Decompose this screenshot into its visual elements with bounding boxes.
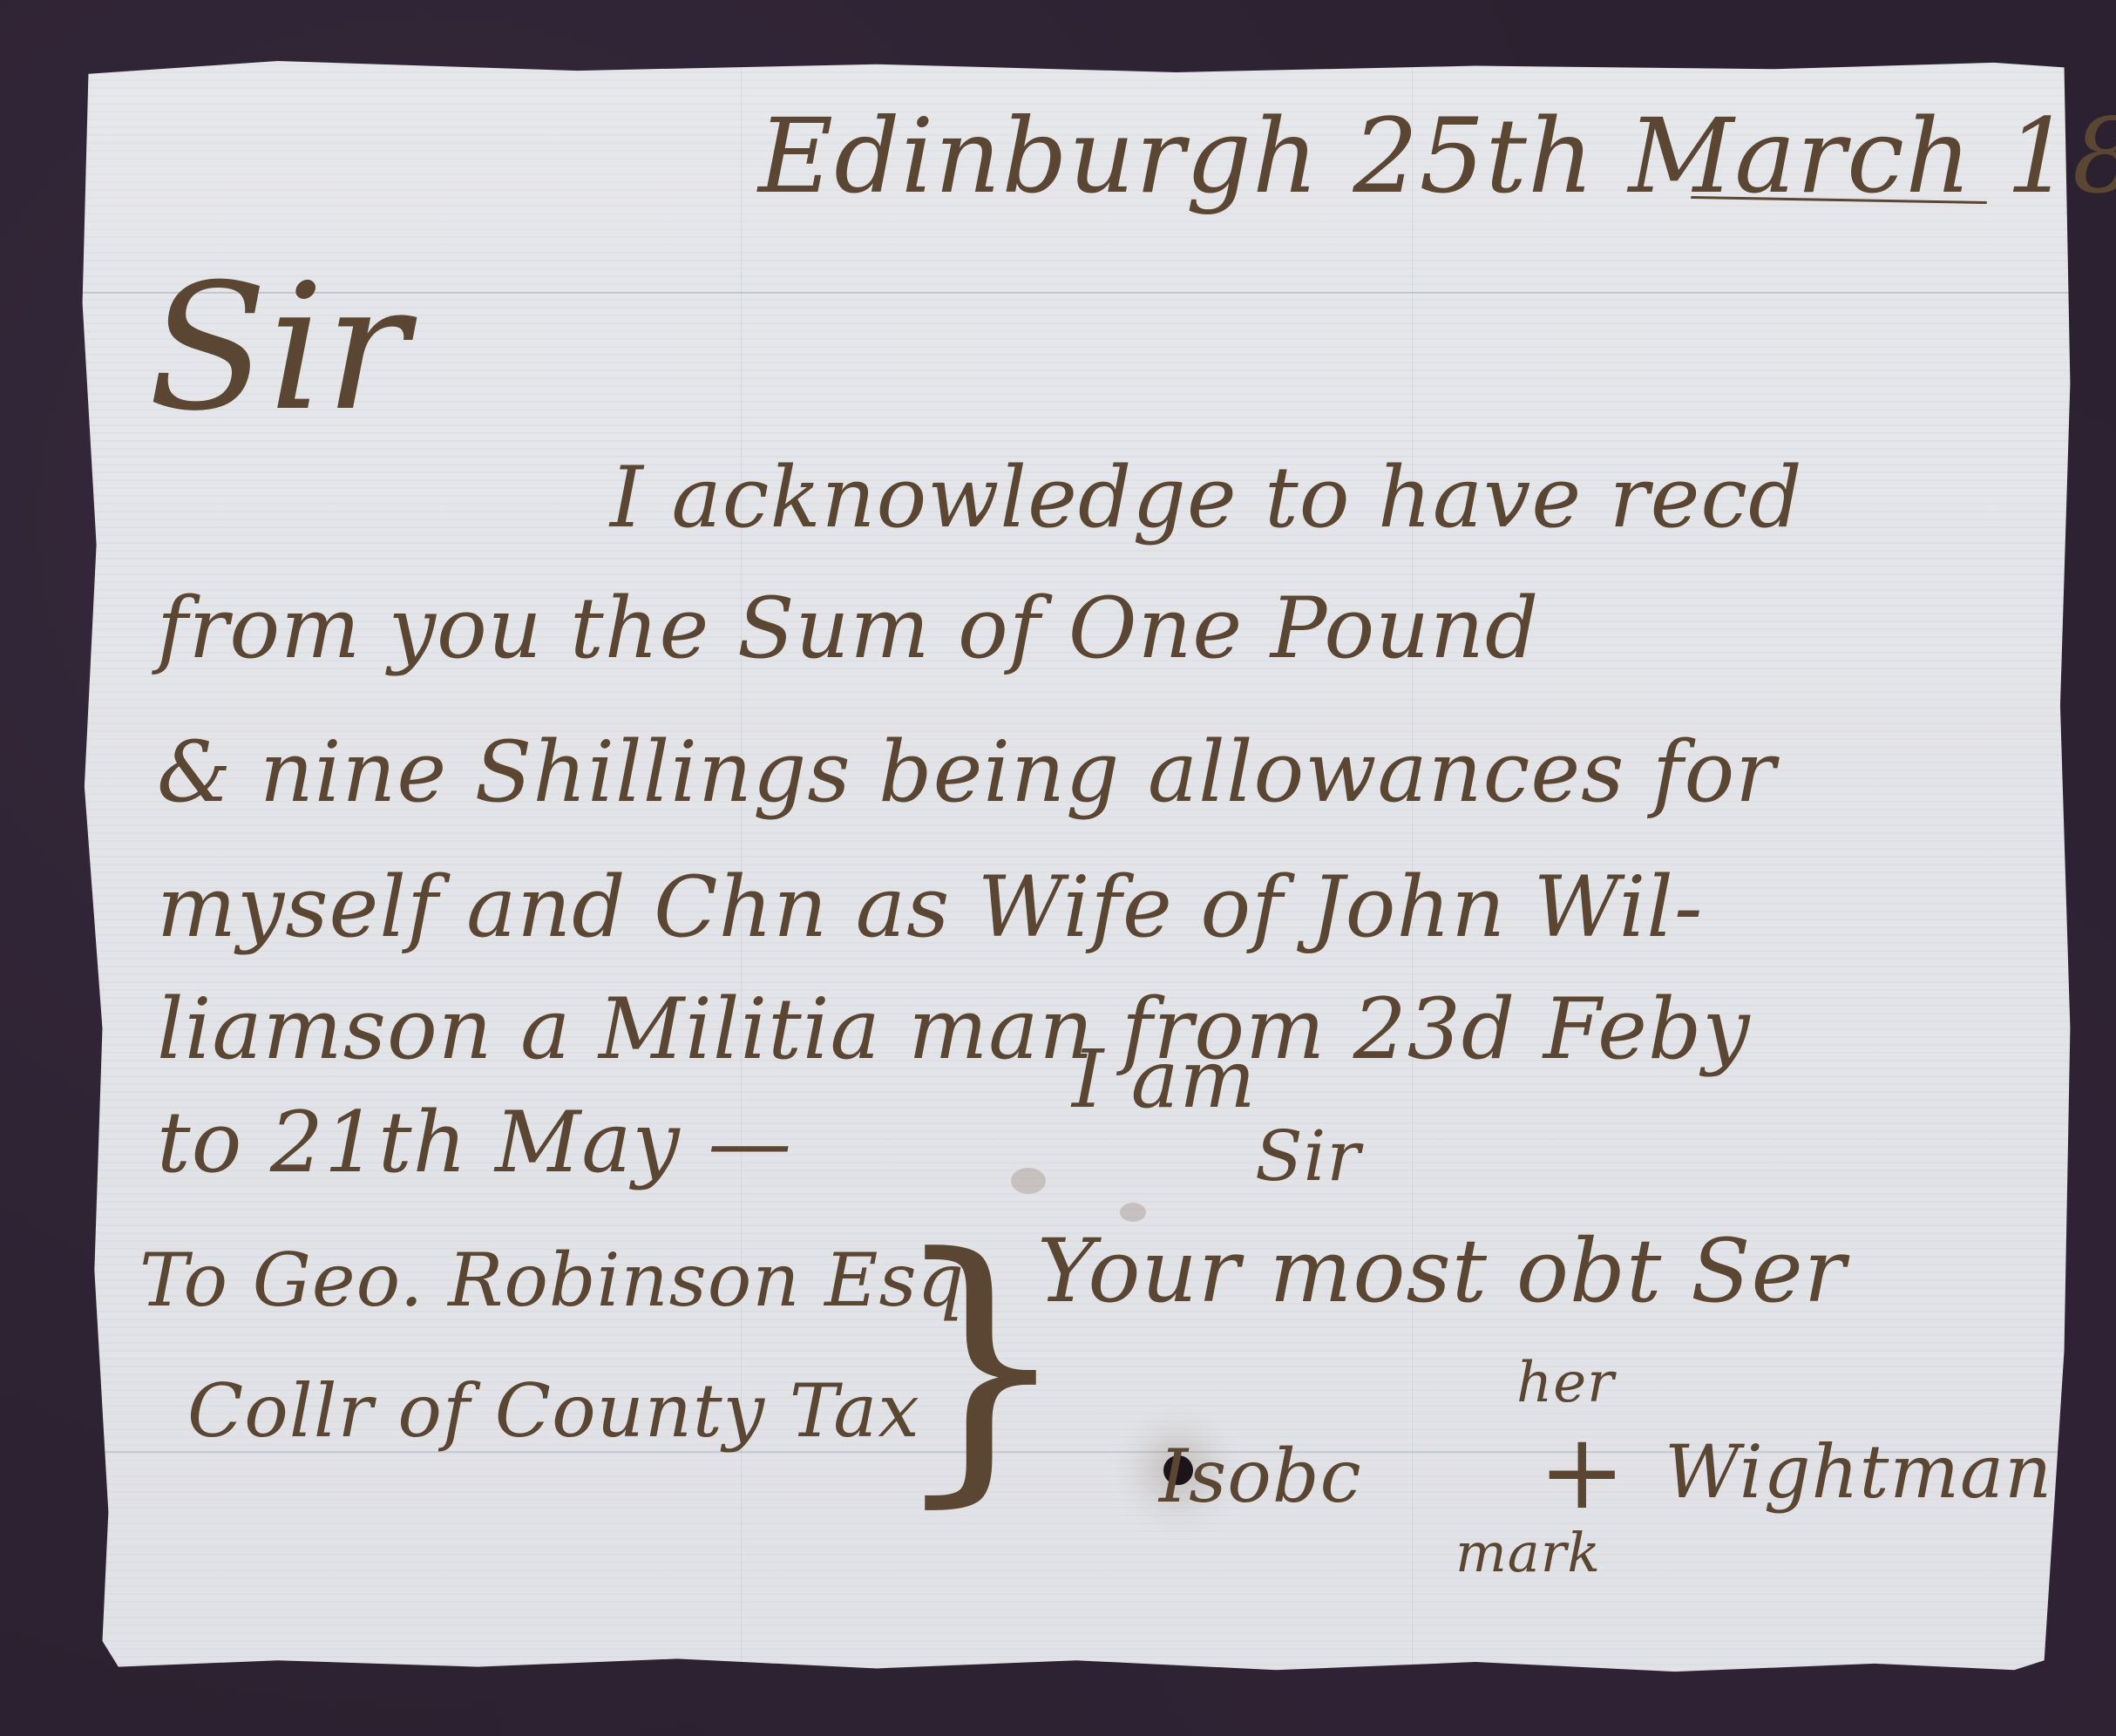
body-line-5: liamson a Militia man from 23d Feby [157, 980, 1751, 1078]
signature-cross-mark-icon: + [1538, 1412, 1627, 1533]
signature-mark: mark [1455, 1521, 1601, 1584]
signature-her: her [1516, 1351, 1615, 1415]
closing-i-am: I am [1072, 1033, 1257, 1126]
body-line-3: & nine Shillings being allowances for [157, 723, 1776, 821]
signature-last-name: Wightman [1665, 1429, 2052, 1515]
ink-splatter [1120, 1203, 1146, 1222]
closing-sir: Sir [1255, 1116, 1361, 1197]
closing-your-most-obedient: Your most obt Ser [1037, 1220, 1847, 1322]
ink-splatter [1011, 1168, 1046, 1194]
body-line-4: myself and Chn as Wife of John Wil- [157, 858, 1703, 956]
body-line-6: to 21th May — [157, 1094, 792, 1191]
signature-first-name: Isobc [1159, 1434, 1362, 1519]
body-line-1: I acknowledge to have recd [610, 449, 1803, 546]
salutation: Sir [148, 261, 410, 436]
place-date: Edinburgh 25th March 1811 [758, 96, 2116, 216]
addressee-title: Collr of County Tax [187, 1368, 920, 1454]
addressee-name: To Geo. Robinson Esq [139, 1238, 965, 1323]
body-line-2: from you the Sum of One Pound [157, 580, 1539, 677]
